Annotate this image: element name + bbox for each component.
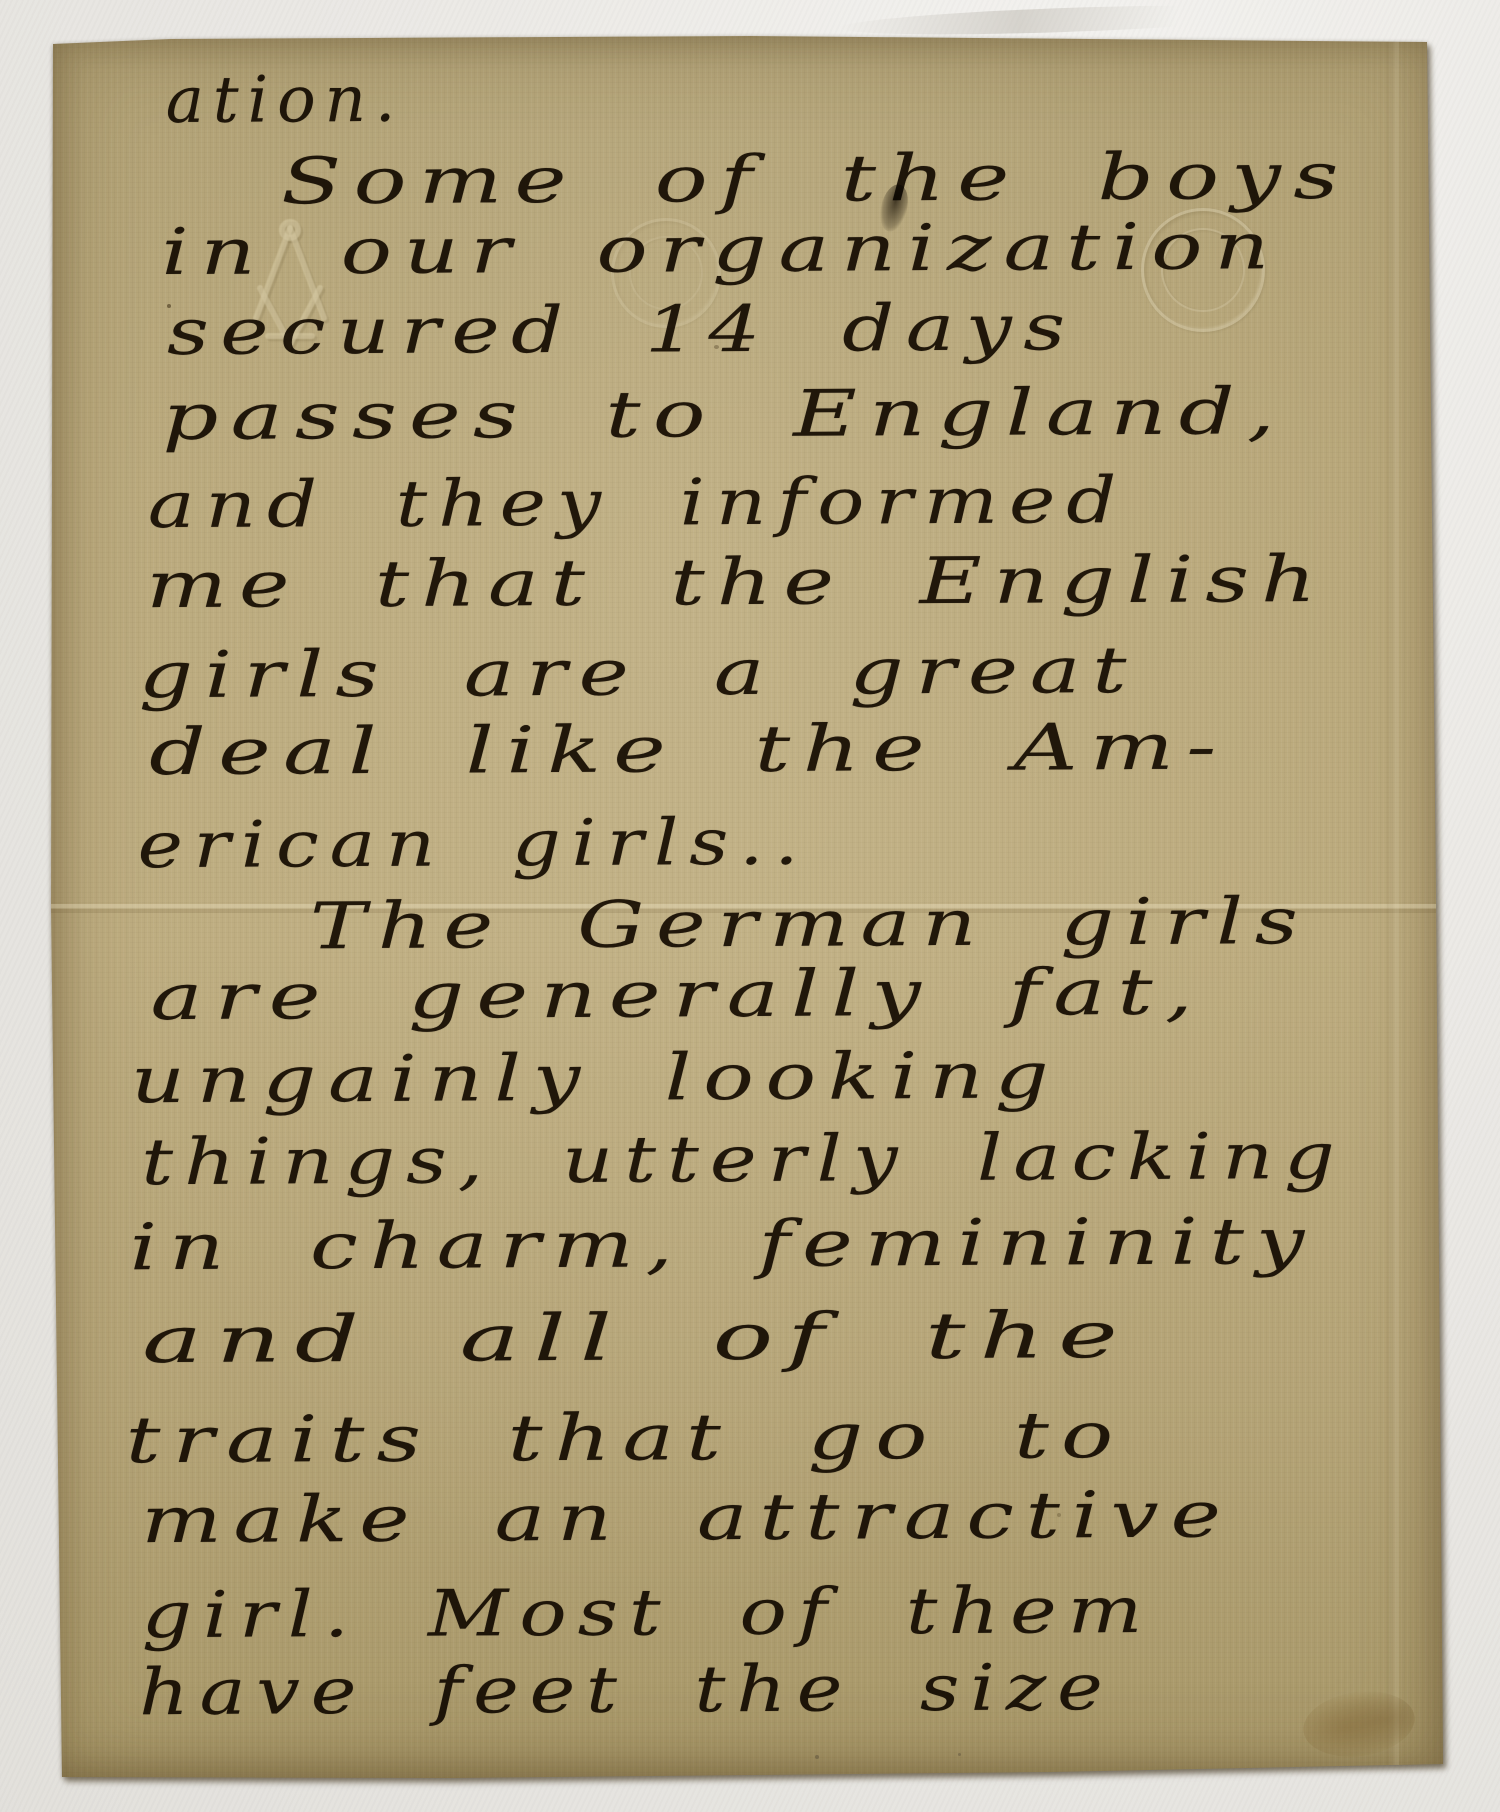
handwritten-line: girl. Most of them	[142, 1574, 1154, 1653]
handwritten-line: The German girls	[310, 885, 1310, 964]
handwritten-line: in charm, femininity	[130, 1205, 1317, 1285]
handwritten-line: and all of the	[142, 1299, 1132, 1378]
handwritten-line: deal like the Am-	[149, 710, 1229, 790]
handwritten-line: have feet the size	[139, 1651, 1114, 1730]
handwritten-line: and they informed	[148, 464, 1128, 543]
background-speck	[958, 1753, 961, 1756]
scanner-background-streak	[840, 0, 1291, 40]
handwritten-line: in our organization	[161, 210, 1281, 290]
letter-paper-shadow-wrap: ation. Some of the boys in our organizat…	[51, 36, 1443, 1778]
handwritten-line: things, utterly lacking	[141, 1120, 1346, 1200]
handwritten-line: traits that go to	[126, 1399, 1126, 1478]
handwritten-line: secured 14 days	[167, 291, 1077, 370]
scanned-letter-page: ation. Some of the boys in our organizat…	[0, 0, 1500, 1812]
handwritten-line: erican girls..	[137, 806, 809, 884]
handwritten-line: girls are a great	[139, 634, 1139, 713]
handwritten-line: are generally fat,	[150, 956, 1205, 1036]
background-speck	[815, 1755, 819, 1759]
handwritten-line: me that the English	[146, 543, 1328, 623]
handwritten-line: Some of the boys	[281, 140, 1351, 220]
letter-paper: ation. Some of the boys in our organizat…	[51, 36, 1443, 1778]
handwritten-line: make an attractive	[141, 1478, 1233, 1558]
handwritten-line: ungainly looking	[131, 1039, 1061, 1118]
handwritten-line: passes to England,	[162, 375, 1287, 455]
handwritten-line: ation.	[166, 63, 405, 138]
handwritten-text: ation. Some of the boys in our organizat…	[46, 32, 1447, 1781]
